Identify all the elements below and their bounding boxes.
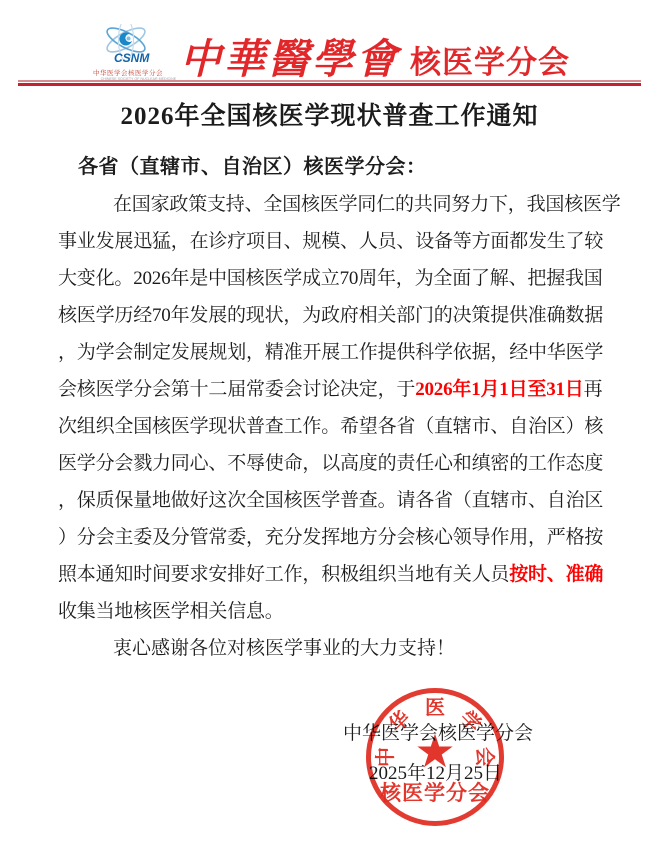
salutation-line: 各省（直辖市、自治区）核医学分会： <box>78 150 427 179</box>
body-line: 照本通知时间要求安排好工作，积极组织当地有关人员按时、准确 <box>58 556 610 593</box>
brand-calligraphy-text: 中華醫學會 <box>180 26 400 85</box>
letterhead-brand: 中華醫學會 核医学分会 <box>180 26 570 85</box>
notice-document-page: CSNM 中华医学会核医学分会 CHINESE SOCIETY OF NUCLE… <box>0 0 659 841</box>
body-line: ，保质保量地做好这次全国核医学普查。请各省（直辖市、自治区 <box>58 482 610 519</box>
body-line: ，为学会制定发展规划，精准开展工作提供科学依据，经中华医学 <box>58 334 610 371</box>
brand-branch-text: 核医学分会 <box>410 37 570 82</box>
document-title: 2026年全国核医学现状普查工作通知 <box>0 96 659 132</box>
body-line: 会核医学分会第十二届常委会讨论决定，于2026年1月1日至31日再 <box>58 371 610 408</box>
body-line: 大变化。2026年是中国核医学成立70周年，为全面了解、把握我国 <box>58 260 610 297</box>
seal-arc-char: 医 <box>424 697 446 719</box>
society-logo: CSNM 中华医学会核医学分会 CHINESE SOCIETY OF NUCLE… <box>90 24 166 83</box>
seal-bottom-text: 核医学分会 <box>371 777 499 807</box>
official-seal: 中华医学会 ★ 核医学分会 <box>366 688 504 826</box>
body-line: 医学分会戮力同心、不辱使命，以高度的责任心和缜密的工作态度 <box>58 445 610 482</box>
body-line: 次组织全国核医学现状普查工作。希望各省（直辖市、自治区）核 <box>58 408 610 445</box>
thanks-line: 衷心感谢各位对核医学事业的大力支持！ <box>58 630 610 667</box>
body-line: 在国家政策支持、全国核医学同仁的共同努力下，我国核医学 <box>58 186 610 223</box>
seal-star-icon: ★ <box>371 729 499 775</box>
body-line: ）分会主委及分管常委，充分发挥地方分会核心领导作用，严格按 <box>58 519 610 556</box>
body-lines: 在国家政策支持、全国核医学同仁的共同努力下，我国核医学事业发展迅猛，在诊疗项目、… <box>58 186 610 630</box>
body-line: 收集当地核医学相关信息。 <box>58 593 610 630</box>
body-text: 在国家政策支持、全国核医学同仁的共同努力下，我国核医学事业发展迅猛，在诊疗项目、… <box>58 186 610 667</box>
body-line: 事业发展迅猛，在诊疗项目、规模、人员、设备等方面都发生了较 <box>58 223 610 260</box>
logo-acronym: CSNM <box>114 51 150 65</box>
atom-logo-icon: CSNM <box>92 24 164 66</box>
body-line: 核医学历经70年发展的现状，为政府相关部门的决策提供准确数据 <box>58 297 610 334</box>
letterhead-divider-rule <box>18 80 641 86</box>
